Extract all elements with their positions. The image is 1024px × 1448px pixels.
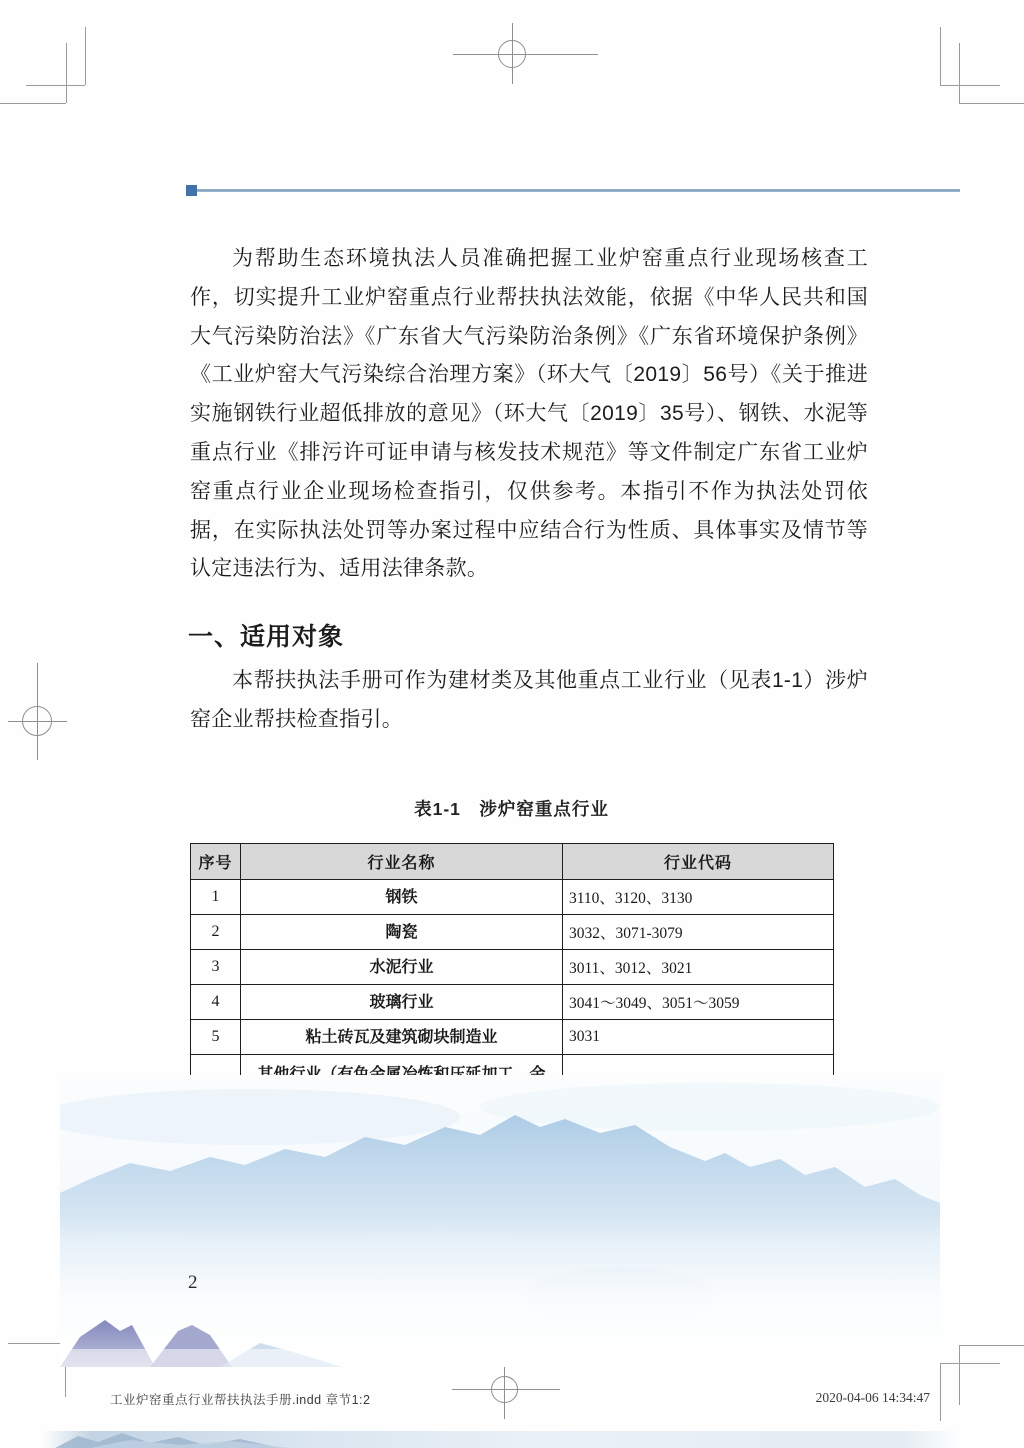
- row-no: 4: [191, 985, 241, 1020]
- table-row: 4 玻璃行业 3041～3049、3051～3059: [191, 985, 834, 1020]
- row-name: 陶瓷: [241, 915, 563, 950]
- row-no: 2: [191, 915, 241, 950]
- row-name: 粘土砖瓦及建筑砌块制造业: [241, 1020, 563, 1055]
- accent-rule-line: [197, 189, 960, 192]
- table-row: 5 粘土砖瓦及建筑砌块制造业 3031: [191, 1020, 834, 1055]
- bottom-bleed-strip: [0, 1431, 1024, 1448]
- col-header-name: 行业名称: [241, 844, 563, 880]
- row-codes: 3031: [563, 1020, 834, 1055]
- table-row: 1 钢铁 3110、3120、3130: [191, 880, 834, 915]
- footer-imposition-label: 工业炉窑重点行业帮扶执法手册.indd 章节1:2: [110, 1390, 370, 1408]
- section-heading: 一、适用对象: [188, 617, 344, 653]
- col-header-no: 序号: [191, 844, 241, 880]
- row-name: 钢铁: [241, 880, 563, 915]
- row-codes: 3110、3120、3130: [563, 880, 834, 915]
- table-caption: 表1-1 涉炉窑重点行业: [190, 796, 833, 821]
- row-codes: 3011、3012、3021: [563, 950, 834, 985]
- row-no: 5: [191, 1020, 241, 1055]
- intro-paragraph: 为帮助生态环境执法人员准确把握工业炉窑重点行业现场核查工作，切实提升工业炉窑重点…: [190, 240, 868, 589]
- row-codes: 3032、3071-3079: [563, 915, 834, 950]
- row-codes: 3041～3049、3051～3059: [563, 985, 834, 1020]
- accent-rule-square: [186, 185, 197, 196]
- section-paragraph: 本帮扶执法手册可作为建材类及其他重点工业行业（见表1-1）涉炉窑企业帮扶检查指引…: [190, 662, 868, 740]
- mountain-artwork: [60, 1075, 940, 1367]
- row-name: 水泥行业: [241, 950, 563, 985]
- row-no: 3: [191, 950, 241, 985]
- col-header-codes: 行业代码: [563, 844, 834, 880]
- table-row: 2 陶瓷 3032、3071-3079: [191, 915, 834, 950]
- row-name: 玻璃行业: [241, 985, 563, 1020]
- footer-timestamp: 2020-04-06 14:34:47: [690, 1390, 930, 1406]
- table-row: 3 水泥行业 3011、3012、3021: [191, 950, 834, 985]
- page-number: 2: [188, 1272, 198, 1294]
- table-header-row: 序号 行业名称 行业代码: [191, 844, 834, 880]
- document-page: 为帮助生态环境执法人员准确把握工业炉窑重点行业现场核查工作，切实提升工业炉窑重点…: [0, 0, 1024, 1448]
- row-no: 1: [191, 880, 241, 915]
